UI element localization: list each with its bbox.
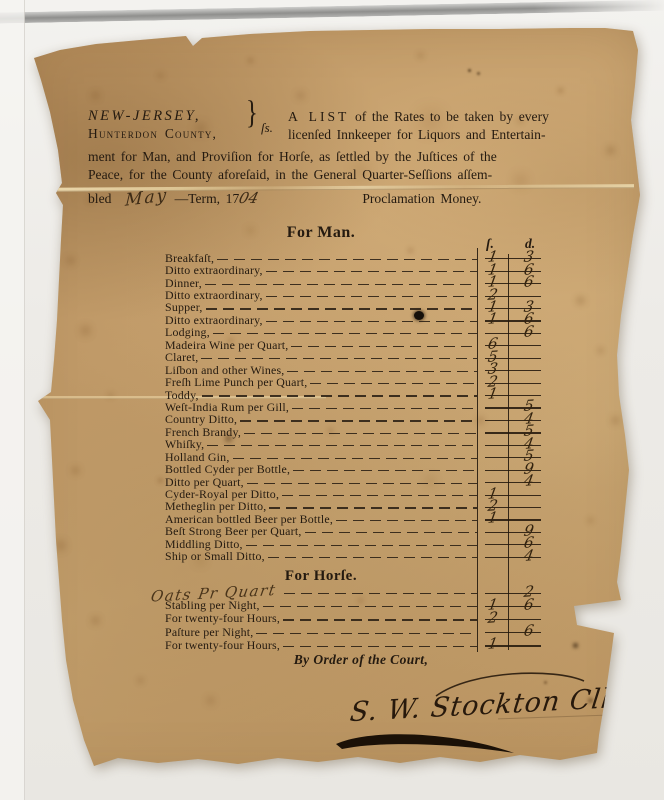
leader-line bbox=[282, 495, 477, 496]
item-label: For twenty-four Hours, bbox=[165, 638, 283, 653]
table-row: For twenty-four Hours,2 bbox=[165, 612, 557, 625]
aged-paper: NEW-JERSEY, Hunterdon County, } ſs. A LI… bbox=[0, 0, 664, 800]
header-line-1: A LIST of the Rates to be taken by every bbox=[288, 108, 549, 126]
bled-word: bled bbox=[88, 191, 111, 206]
leader-line bbox=[244, 433, 477, 434]
value-cells: 2 bbox=[477, 612, 557, 625]
pence-value: 4 bbox=[523, 473, 535, 489]
brace-glyph: } bbox=[246, 105, 258, 123]
handwritten-year-digits: 04 bbox=[237, 190, 260, 208]
leader-line bbox=[283, 646, 477, 647]
leader-line bbox=[213, 333, 477, 334]
value-cells: 9 bbox=[477, 463, 557, 475]
term-year-printed: —Term, 17 bbox=[175, 191, 240, 206]
leader-line bbox=[247, 483, 477, 484]
leader-line bbox=[283, 619, 477, 620]
leader-line bbox=[233, 458, 478, 459]
table-row: Ship or Small Ditto,4 bbox=[165, 551, 557, 563]
state-name: NEW-JERSEY, bbox=[88, 108, 201, 126]
leader-line bbox=[240, 420, 477, 421]
shillings-value: 1 bbox=[487, 637, 499, 653]
leader-line bbox=[310, 383, 477, 384]
table-row: For twenty-four Hours,1 bbox=[165, 639, 557, 652]
scanned-document-page: NEW-JERSEY, Hunterdon County, } ſs. A LI… bbox=[0, 0, 664, 800]
value-cells: 1 bbox=[477, 639, 557, 652]
shillings-value: 2 bbox=[487, 610, 499, 626]
item-label: Ship or Small Ditto, bbox=[165, 549, 268, 564]
value-cells: 9 bbox=[477, 526, 557, 538]
leader-line bbox=[305, 532, 478, 533]
county-name: Hunterdon County, bbox=[88, 125, 217, 143]
leader-line bbox=[293, 470, 477, 471]
value-cells: 1 bbox=[477, 513, 557, 525]
header-line-2: licenſed Innkeeper for Liquors and Enter… bbox=[288, 126, 545, 144]
by-order-of-court: By Order of the Court, bbox=[230, 652, 492, 668]
proclamation-money-text: Proclamation Money. bbox=[362, 191, 481, 206]
shillings-value: 1 bbox=[487, 511, 499, 527]
leader-line bbox=[292, 408, 477, 409]
leader-line bbox=[205, 284, 477, 285]
man-rate-table: Breakfaſt,13Ditto extraordinary,16Dinner… bbox=[165, 252, 557, 563]
value-cells: 5 bbox=[477, 451, 557, 463]
leader-line bbox=[284, 593, 477, 594]
leader-line bbox=[336, 520, 477, 521]
signature-flourish-icon bbox=[432, 668, 592, 698]
leader-line bbox=[266, 296, 477, 297]
pence-value: 6 bbox=[523, 274, 535, 290]
table-row: Ditto extraordinary,16 bbox=[165, 314, 557, 326]
value-cells: 6 bbox=[477, 538, 557, 550]
leader-line bbox=[269, 507, 477, 508]
leader-line bbox=[291, 346, 477, 347]
value-cells: 1 bbox=[477, 389, 557, 401]
for-horse-heading: For Horſe. bbox=[165, 568, 477, 585]
table-row: French Brandy,5 bbox=[165, 426, 557, 438]
pence-value: 4 bbox=[523, 548, 535, 564]
handwritten-term-month: May bbox=[125, 187, 169, 210]
pence-value: 6 bbox=[523, 623, 535, 639]
leader-line bbox=[202, 395, 477, 396]
leader-line bbox=[268, 557, 477, 558]
for-man-heading: For Man. bbox=[165, 224, 477, 242]
value-cells: 16 bbox=[477, 314, 557, 326]
value-cells: 5 bbox=[477, 426, 557, 438]
signature-underline-swoosh-icon bbox=[330, 726, 522, 760]
foxing-stains bbox=[0, 0, 1, 1]
leader-line bbox=[206, 308, 477, 309]
value-cells: 5 bbox=[477, 401, 557, 413]
header-line-4: Peace, for the County aforeſaid, in the … bbox=[88, 166, 574, 184]
leader-line bbox=[266, 271, 477, 272]
leader-line bbox=[266, 321, 477, 322]
pence-value: 6 bbox=[523, 324, 535, 340]
value-cells: 4 bbox=[477, 414, 557, 426]
leader-line bbox=[217, 259, 477, 260]
leader-line bbox=[263, 606, 477, 607]
leader-line bbox=[201, 358, 477, 359]
shillings-value: 1 bbox=[487, 386, 499, 402]
shillings-value: 1 bbox=[487, 312, 499, 328]
pence-value: 6 bbox=[523, 597, 535, 613]
value-cells: 4 bbox=[477, 551, 557, 563]
leader-line bbox=[287, 371, 477, 372]
scilicet-abbrev: ſs. bbox=[261, 119, 273, 137]
value-cells: 4 bbox=[477, 439, 557, 451]
leader-line bbox=[256, 633, 477, 634]
header-line-5: bledMay—Term, 1704Proclamation Money. bbox=[88, 190, 574, 208]
horse-rate-table: Oats Pr Quart2Stabling per Night,16For t… bbox=[165, 586, 557, 652]
leader-line bbox=[207, 445, 477, 446]
header-line-3: ment for Man, and Proviſion for Horſe, a… bbox=[88, 148, 574, 166]
paper-wrap: NEW-JERSEY, Hunterdon County, } ſs. A LI… bbox=[0, 0, 664, 800]
leader-line bbox=[246, 545, 477, 546]
